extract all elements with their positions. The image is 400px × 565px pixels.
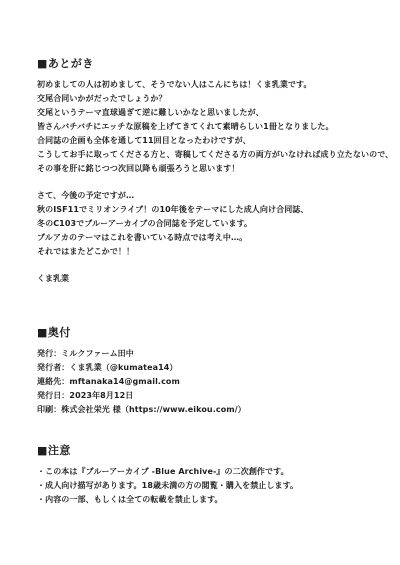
- plans-line: それではまたどこかで！！: [37, 245, 392, 259]
- afterword-heading: ■あとがき: [37, 57, 392, 70]
- afterword-body: 初めましての人は初めまして、そうでない人はこんにちは！くま乳業です。 交尾合同い…: [37, 78, 392, 176]
- plans-line: ブルアカのテーマはこれを書いている時点では考え中…。: [37, 231, 392, 245]
- afterword-line: 皆さんバチバチにエッチな原稿を上げてきてくれて素晴らしい1冊となりました。: [37, 120, 392, 134]
- notice-item: ・内容の一部、もしくは全ての転載を禁止します。: [37, 493, 392, 507]
- plans-line: 秋のISF11でミリオンライブ！の10年後をテーマにした成人向け合同誌、: [37, 203, 392, 217]
- afterword-line: 交尾合同いかがだったでしょうか？: [37, 92, 392, 106]
- afterword-section: ■あとがき 初めましての人は初めまして、そうでない人はこんにちは！くま乳業です。…: [37, 57, 392, 286]
- notice-item: ・成人向け描写があります。18歳未満の方の閲覧・購入を禁止します。: [37, 479, 392, 493]
- notice-body: ・この本は『ブルーアーカイブ -Blue Archive-』の二次創作です。 ・…: [37, 465, 392, 507]
- notice-item: ・この本は『ブルーアーカイブ -Blue Archive-』の二次創作です。: [37, 465, 392, 479]
- colophon-printer-line: 印刷：株式会社栄光 様（https://www.eikou.com/）: [37, 403, 392, 417]
- colophon-publisher-line: 発行：ミルクファーム田中: [37, 347, 392, 361]
- plans-line: 冬のC103でブルーアーカイブの合同誌を予定しています。: [37, 217, 392, 231]
- plans-line: さて、今後の予定ですが…: [37, 189, 392, 203]
- future-plans-paragraph: さて、今後の予定ですが… 秋のISF11でミリオンライブ！の10年後をテーマにし…: [37, 189, 392, 259]
- afterword-line: こうしてお手に取ってくださる方と、寄稿してくださる方の両方がいなければ成り立たな…: [37, 148, 392, 162]
- colophon-section: ■奥付 発行：ミルクファーム田中 発行者：くま乳業（@kumatea14） 連絡…: [37, 326, 392, 417]
- afterword-line: 初めましての人は初めまして、そうでない人はこんにちは！くま乳業です。: [37, 78, 392, 92]
- colophon-author-line: 発行者：くま乳業（@kumatea14）: [37, 361, 392, 375]
- scanned-document-page: ■あとがき 初めましての人は初めまして、そうでない人はこんにちは！くま乳業です。…: [0, 0, 400, 565]
- colophon-date-line: 発行日：2023年8月12日: [37, 389, 392, 403]
- colophon-body: 発行：ミルクファーム田中 発行者：くま乳業（@kumatea14） 連絡先：mf…: [37, 347, 392, 417]
- colophon-heading: ■奥付: [37, 326, 392, 339]
- notice-heading: ■注意: [37, 444, 392, 457]
- colophon-contact-line: 連絡先：mftanaka14@gmail.com: [37, 375, 392, 389]
- afterword-line: 合同誌の企画も全体を通して11回目となったわけですが、: [37, 134, 392, 148]
- afterword-line: 交尾というテーマ直球過ぎて逆に難しいかなと思いましたが、: [37, 106, 392, 120]
- author-signature: くま乳業: [37, 272, 392, 286]
- notice-section: ■注意 ・この本は『ブルーアーカイブ -Blue Archive-』の二次創作で…: [37, 444, 392, 507]
- afterword-line: その事を肝に銘じつつ次回以降も頑張ろうと思います！: [37, 162, 392, 176]
